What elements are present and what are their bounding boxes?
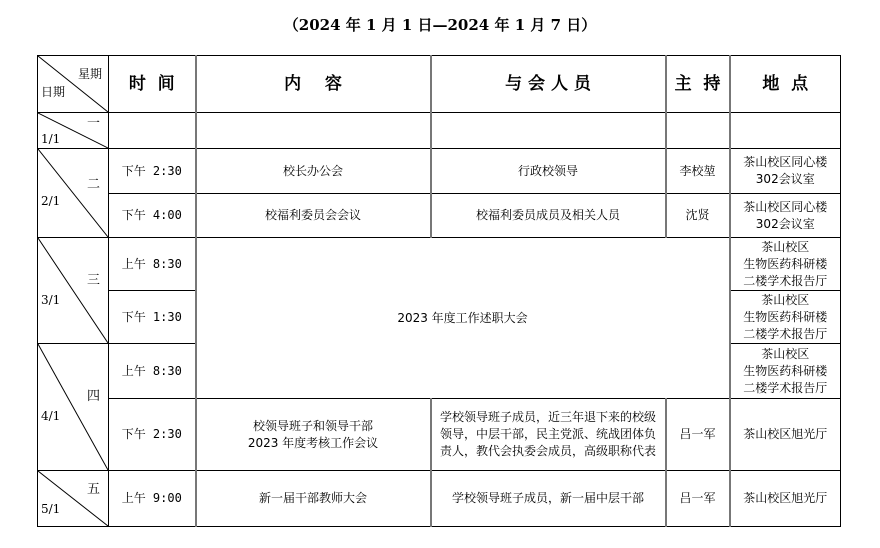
event-content: 新一届干部教师大会: [196, 471, 431, 527]
event-content: 校领导班子和领导干部 2023 年度考核工作会议: [196, 399, 431, 471]
weekday-label: 五: [87, 481, 100, 498]
header-weekday-label: 星期: [78, 66, 102, 83]
event-time: 下午 2:30: [109, 149, 196, 194]
empty-content-cell: [196, 113, 431, 149]
date-label: 5/1: [41, 501, 60, 518]
event-time: 下午 2:30: [109, 399, 196, 471]
event-time: 下午 4:00: [109, 194, 196, 238]
event-host: 沈贤: [666, 194, 730, 238]
date-label: 4/1: [41, 408, 60, 425]
weekday-label: 二: [87, 176, 100, 193]
event-row: 下午 2:30 校领导班子和领导干部 2023 年度考核工作会议 学校领导班子成…: [38, 399, 841, 471]
event-row: 五 5/1 上午 9:00 新一届干部教师大会 学校领导班子成员，新一届中层干部…: [38, 471, 841, 527]
empty-time-cell: [109, 113, 196, 149]
event-location: 茶山校区旭光厅: [730, 471, 841, 527]
empty-attendees-cell: [431, 113, 666, 149]
event-time: 上午 9:00: [109, 471, 196, 527]
event-location: 茶山校区同心楼 302会议室: [730, 194, 841, 238]
day-cell-wednesday: 三 3/1: [38, 238, 109, 344]
header-content: 内 容: [196, 56, 431, 113]
event-row: 下午 4:00 校福利委员会会议 校福利委员成员及相关人员 沈贤 茶山校区同心楼…: [38, 194, 841, 238]
event-attendees: 学校领导班子成员，新一届中层干部: [431, 471, 666, 527]
event-attendees: 行政校领导: [431, 149, 666, 194]
event-host: 吕一军: [666, 471, 730, 527]
schedule-date-range-title: （2024 年 1 月 1 日—2024 年 1 月 7 日）: [0, 14, 880, 35]
event-location: 茶山校区 生物医药科研楼 二楼学术报告厅: [730, 291, 841, 344]
date-label: 1/1: [41, 131, 60, 148]
empty-host-cell: [666, 113, 730, 149]
event-location: 茶山校区同心楼 302会议室: [730, 149, 841, 194]
date-label: 3/1: [41, 292, 60, 309]
empty-location-cell: [730, 113, 841, 149]
event-row: 三 3/1 上午 8:30 2023 年度工作述职大会 茶山校区 生物医药科研楼…: [38, 238, 841, 291]
merged-event-content: 2023 年度工作述职大会: [196, 238, 730, 399]
day-row-monday: 一 1/1: [38, 113, 841, 149]
event-host: 吕一军: [666, 399, 730, 471]
weekday-label: 三: [87, 272, 100, 289]
date-label: 2/1: [41, 193, 60, 210]
event-location: 茶山校区 生物医药科研楼 二楼学术报告厅: [730, 344, 841, 399]
event-host: 李校堃: [666, 149, 730, 194]
header-time: 时 间: [109, 56, 196, 113]
weekly-meeting-schedule-table: 星期 日期 时 间 内 容 与 会 人 员 主 持 地 点 一 1/1 二 2/…: [37, 55, 841, 527]
weekday-label: 四: [87, 388, 100, 405]
diagonal-divider: [38, 344, 108, 470]
day-cell-thursday: 四 4/1: [38, 344, 109, 471]
event-time: 下午 1:30: [109, 291, 196, 344]
event-attendees: 学校领导班子成员，近三年退下来的校级领导，中层干部，民主党派、统战团体负责人，教…: [431, 399, 666, 471]
event-location: 茶山校区旭光厅: [730, 399, 841, 471]
header-date-weekday-cell: 星期 日期: [38, 56, 109, 113]
header-date-label: 日期: [41, 84, 65, 101]
event-time: 上午 8:30: [109, 238, 196, 291]
event-row: 二 2/1 下午 2:30 校长办公会 行政校领导 李校堃 茶山校区同心楼 30…: [38, 149, 841, 194]
event-content: 校长办公会: [196, 149, 431, 194]
header-row: 星期 日期 时 间 内 容 与 会 人 员 主 持 地 点: [38, 56, 841, 113]
event-time: 上午 8:30: [109, 344, 196, 399]
header-attendees: 与 会 人 员: [431, 56, 666, 113]
event-content: 校福利委员会会议: [196, 194, 431, 238]
header-location: 地 点: [730, 56, 841, 113]
day-cell-friday: 五 5/1: [38, 471, 109, 527]
day-cell-tuesday: 二 2/1: [38, 149, 109, 238]
day-cell-monday: 一 1/1: [38, 113, 109, 149]
weekday-label: 一: [87, 115, 100, 132]
event-attendees: 校福利委员成员及相关人员: [431, 194, 666, 238]
event-location: 茶山校区 生物医药科研楼 二楼学术报告厅: [730, 238, 841, 291]
header-host: 主 持: [666, 56, 730, 113]
diagonal-divider: [38, 238, 108, 343]
